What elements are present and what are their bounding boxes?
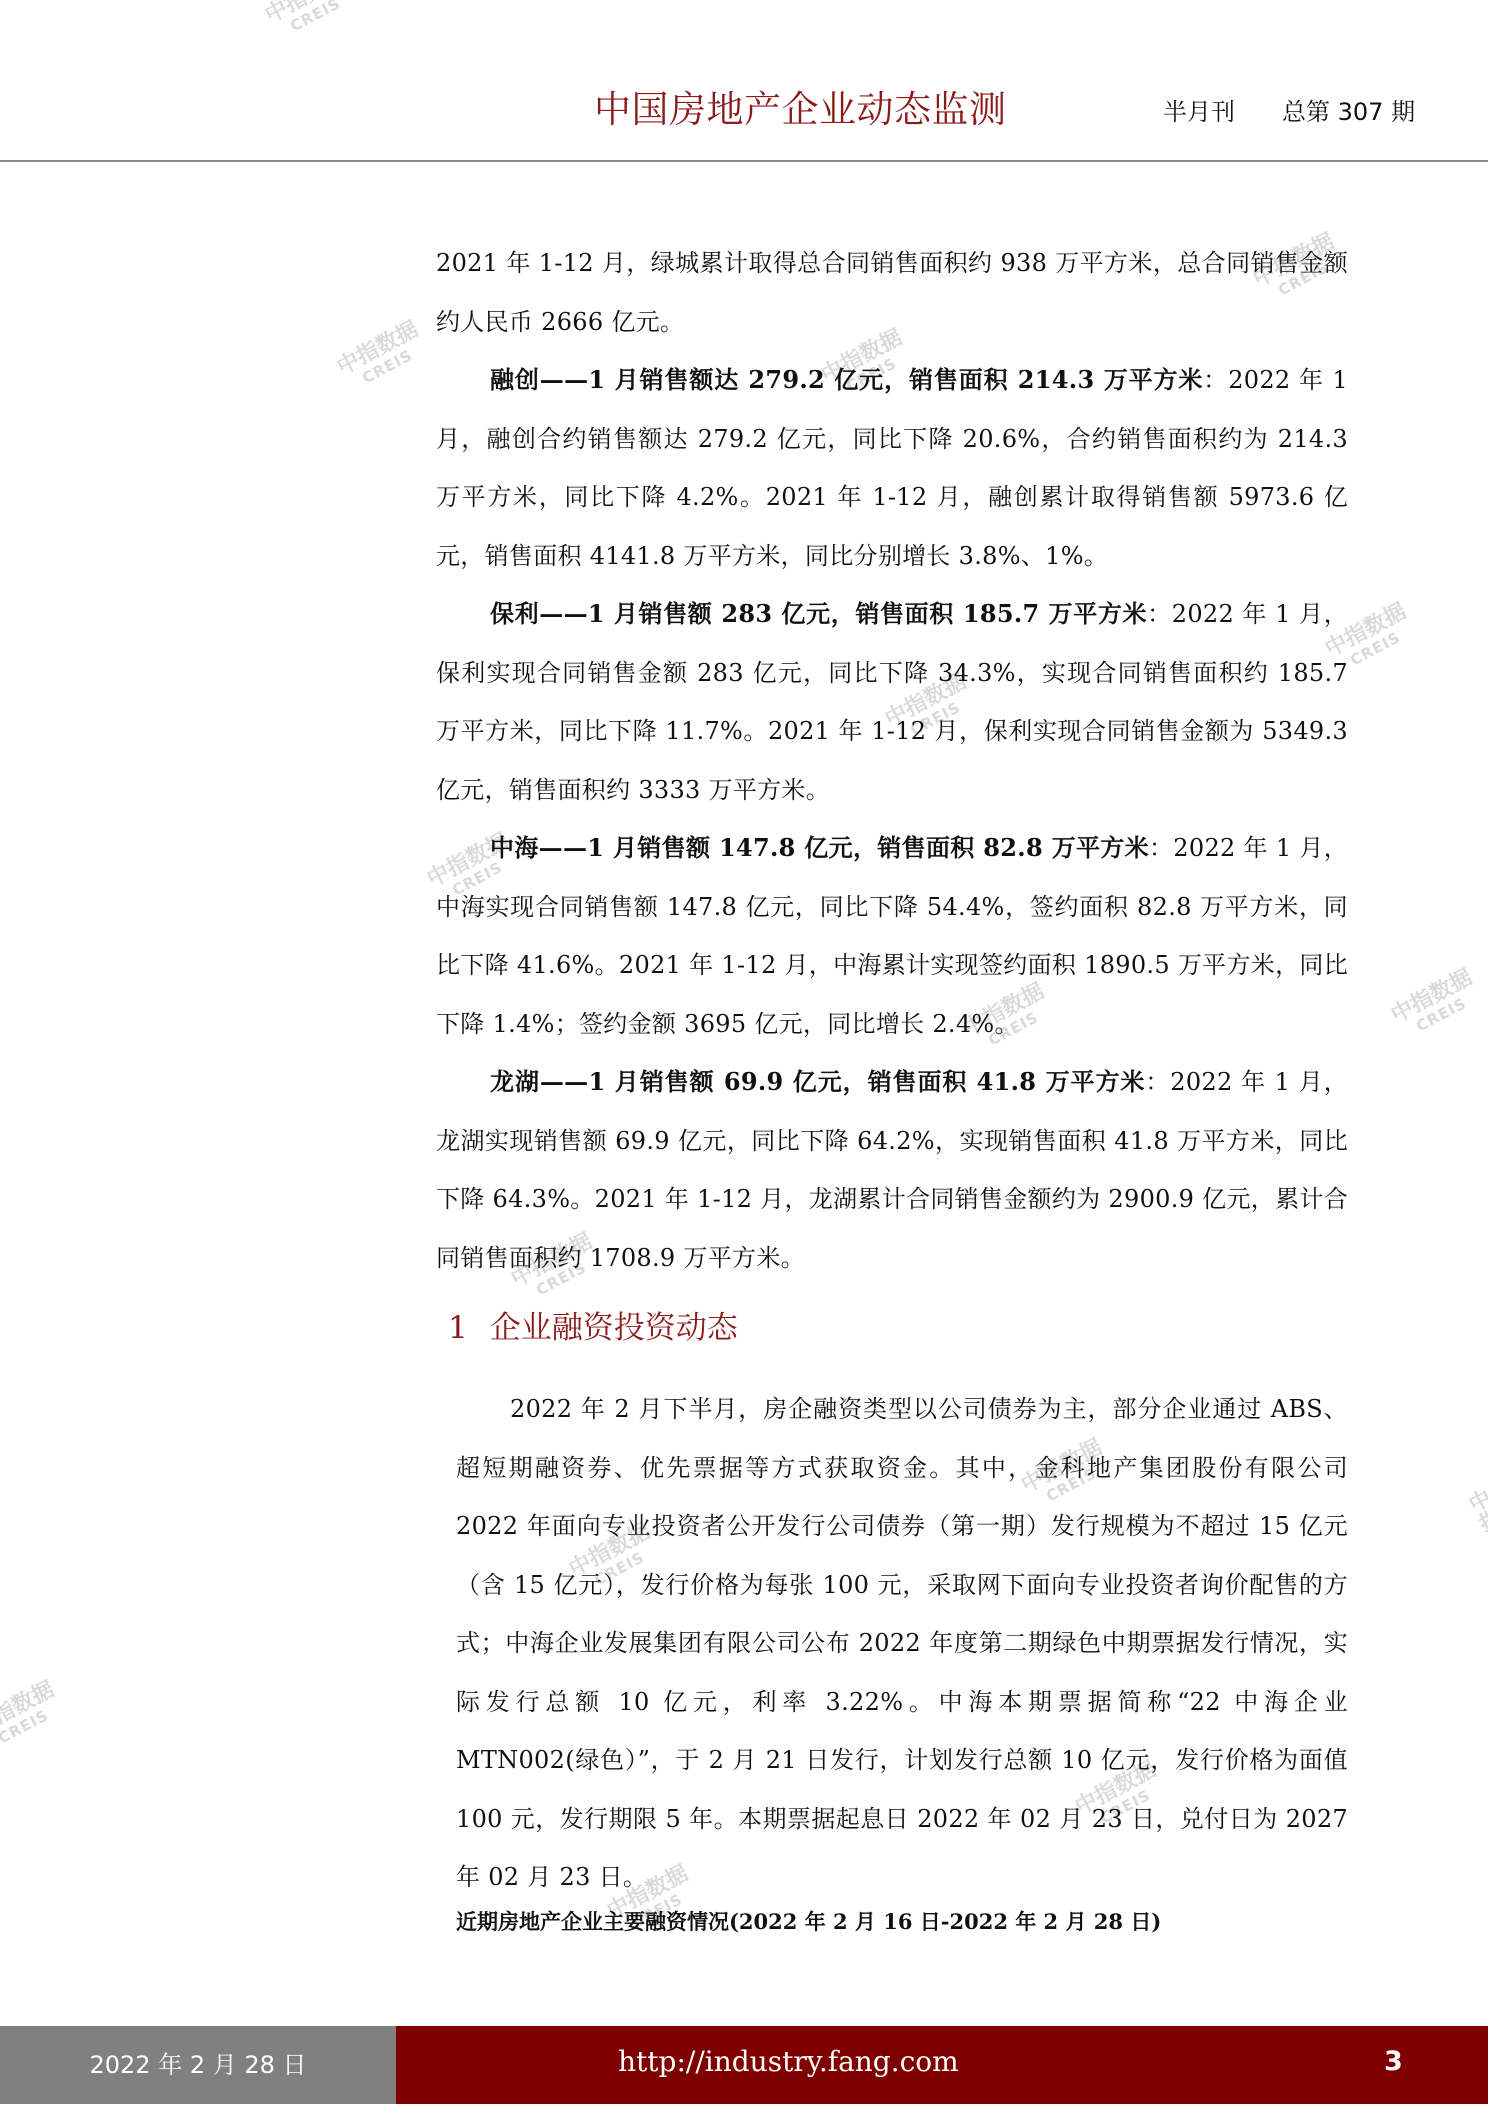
page-number: 3 <box>1384 2026 1403 2098</box>
table-caption: 近期房地产企业主要融资情况(2022 年 2 月 16 日-2022 年 2 月… <box>456 1906 1161 1938</box>
watermark: 中指数据CREIS <box>334 319 430 395</box>
publication-frequency: 半月刊 <box>1163 96 1235 128</box>
section-content: 2022 年 2 月下半月，房企融资类型以公司债券为主，部分企业通过 ABS、超… <box>456 1380 1348 1907</box>
company-lead: 龙湖——1 月销售额 69.9 亿元，销售面积 41.8 万平方米 <box>490 1067 1145 1096</box>
footer-date: 2022 年 2 月 28 日 <box>0 2026 396 2104</box>
company-text: ：2022 年 1 月，龙湖实现销售额 69.9 亿元，同比下降 64.2%，实… <box>436 1068 1348 1272</box>
publication-title: 中国房地产企业动态监测 <box>594 86 1007 134</box>
company-text: ：2022 年 1 月，保利实现合同销售金额 283 亿元，同比下降 34.3%… <box>436 600 1348 804</box>
header-divider <box>0 160 1488 162</box>
footer-url-link[interactable]: http://industry.fang.com <box>618 2026 959 2098</box>
company-lead: 中海——1 月销售额 147.8 亿元，销售面积 82.8 万平方米 <box>490 833 1149 862</box>
company-paragraph-poly: 保利——1 月销售额 283 亿元，销售面积 185.7 万平方米：2022 年… <box>436 585 1348 819</box>
company-lead: 保利——1 月销售额 283 亿元，销售面积 185.7 万平方米 <box>490 599 1147 628</box>
watermark: 中指数据 <box>1466 1488 1488 1576</box>
issue-number: 总第 307 期 <box>1282 96 1415 128</box>
footer-bar: http://industry.fang.com 3 <box>396 2026 1488 2104</box>
company-paragraph-longfor: 龙湖——1 月销售额 69.9 亿元，销售面积 41.8 万平方米：2022 年… <box>436 1053 1348 1287</box>
watermark: 中指数据CREIS <box>1388 967 1484 1043</box>
main-content: 2021 年 1-12 月，绿城累计取得总合同销售面积约 938 万平方米，总合… <box>436 234 1348 1287</box>
page-header: 中国房地产企业动态监测 半月刊 总第 307 期 <box>0 0 1488 162</box>
company-paragraph-coli: 中海——1 月销售额 147.8 亿元，销售面积 82.8 万平方米：2022 … <box>436 819 1348 1053</box>
company-text: ：2022 年 1 月，融创合约销售额达 279.2 亿元，同比下降 20.6%… <box>436 366 1348 570</box>
watermark: 中指数据CREIS <box>0 1679 66 1755</box>
section-number: 1 <box>448 1310 468 1346</box>
company-text: ：2022 年 1 月，中海实现合同销售额 147.8 亿元，同比下降 54.4… <box>436 834 1348 1038</box>
section-title: 企业融资投资动态 <box>490 1310 738 1346</box>
financing-paragraph: 2022 年 2 月下半月，房企融资类型以公司债券为主，部分企业通过 ABS、超… <box>456 1380 1348 1907</box>
page-footer: 2022 年 2 月 28 日 http://industry.fang.com… <box>0 2026 1488 2104</box>
company-lead: 融创——1 月销售额达 279.2 亿元，销售面积 214.3 万平方米 <box>490 365 1203 394</box>
section-heading: 1企业融资投资动态 <box>448 1300 738 1356</box>
intro-paragraph: 2021 年 1-12 月，绿城累计取得总合同销售面积约 938 万平方米，总合… <box>436 234 1348 351</box>
company-paragraph-sunac: 融创——1 月销售额达 279.2 亿元，销售面积 214.3 万平方米：202… <box>436 351 1348 585</box>
